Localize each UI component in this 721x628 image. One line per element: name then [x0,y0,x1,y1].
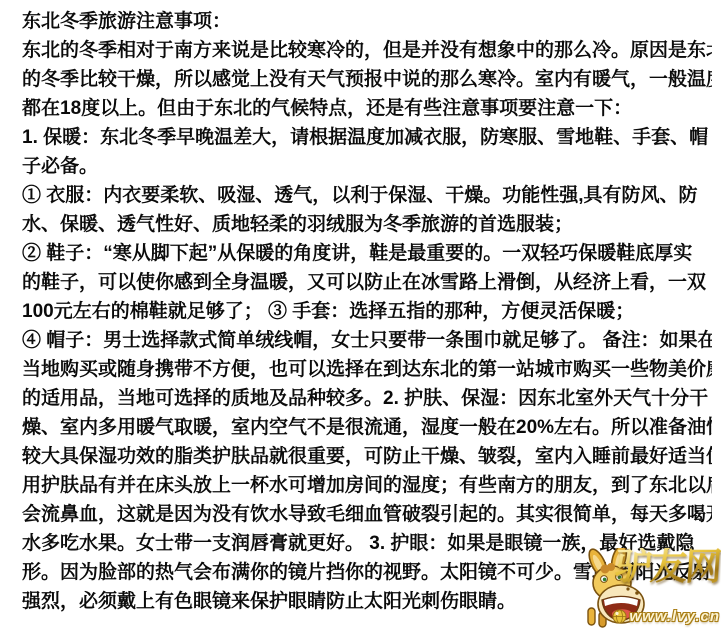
watermark-site-name: 驴友网 [614,548,721,588]
text-line: 的适用品，当地可选择的质地及品种较多。2. 护肤、保湿：因东北室外天气十分干 [22,384,712,413]
text-line: 1. 保暖：东北冬季早晚温差大，请根据温度加减衣服，防寒服、雪地鞋、手套、帽 [22,123,712,152]
text-line: 较大具保湿功效的脂类护肤品就很重要，可防止干燥、皱裂，室内入睡前最好适当使 [22,442,712,471]
text-line: 的冬季比较干燥，所以感觉上没有天气预报中说的那么寒冷。室内有暖气，一般温度 [22,65,712,94]
watermark-site-url: www.lvy.cn [629,608,720,625]
text-line: 燥、室内多用暖气取暖，室内空气不是很流通，湿度一般在20%左右。所以准备油性 [22,413,712,442]
site-watermark: 驴友网 www.lvy.cn [581,544,721,628]
text-line: 东北冬季旅游注意事项： [22,7,712,36]
text-line: 用护肤品有并在床头放上一杯水可增加房间的湿度；有些南方的朋友，到了东北以后 [22,471,712,500]
text-line: ① 衣服：内衣要柔软、吸湿、透气，以利于保湿、干燥。功能性强,具有防风、防 [22,181,712,210]
text-line: 都在18度以上。但由于东北的气候特点，还是有些注意事项要注意一下： [22,94,712,123]
watermark-url-row: www.lvy.cn [612,608,720,625]
text-line: 的鞋子，可以使你感到全身温暖，又可以防止在冰雪路上滑倒，从经济上看，一双 [22,268,712,297]
document-text: 东北冬季旅游注意事项：东北的冬季相对于南方来说是比较寒冷的，但是并没有想象中的那… [22,7,712,616]
text-line: 水、保暖、透气性好、质地轻柔的羽绒服为冬季旅游的首选服装； [22,210,712,239]
text-line: 当地购买或随身携带不方便，也可以选择在到达东北的第一站城市购买一些物美价廉 [22,355,712,384]
text-line: 会流鼻血，这就是因为没有饮水导致毛细血管破裂引起的。其实很简单，每天多喝开 [22,500,712,529]
text-line: 子必备。 [22,152,712,181]
document-page: 东北冬季旅游注意事项：东北的冬季相对于南方来说是比较寒冷的，但是并没有想象中的那… [0,0,721,628]
text-line: ④ 帽子：男士选择款式简单绒线帽，女士只要带一条围巾就足够了。 备注：如果在 [22,326,712,355]
text-line: ② 鞋子：“寒从脚下起”从保暖的角度讲，鞋是最重要的。一双轻巧保暖鞋底厚实 [22,239,712,268]
globe-icon [612,609,627,624]
text-line: 东北的冬季相对于南方来说是比较寒冷的，但是并没有想象中的那么冷。原因是东北 [22,36,712,65]
text-line: 100元左右的棉鞋就足够了； ③ 手套：选择五指的那种，方便灵活保暖； [22,297,712,326]
